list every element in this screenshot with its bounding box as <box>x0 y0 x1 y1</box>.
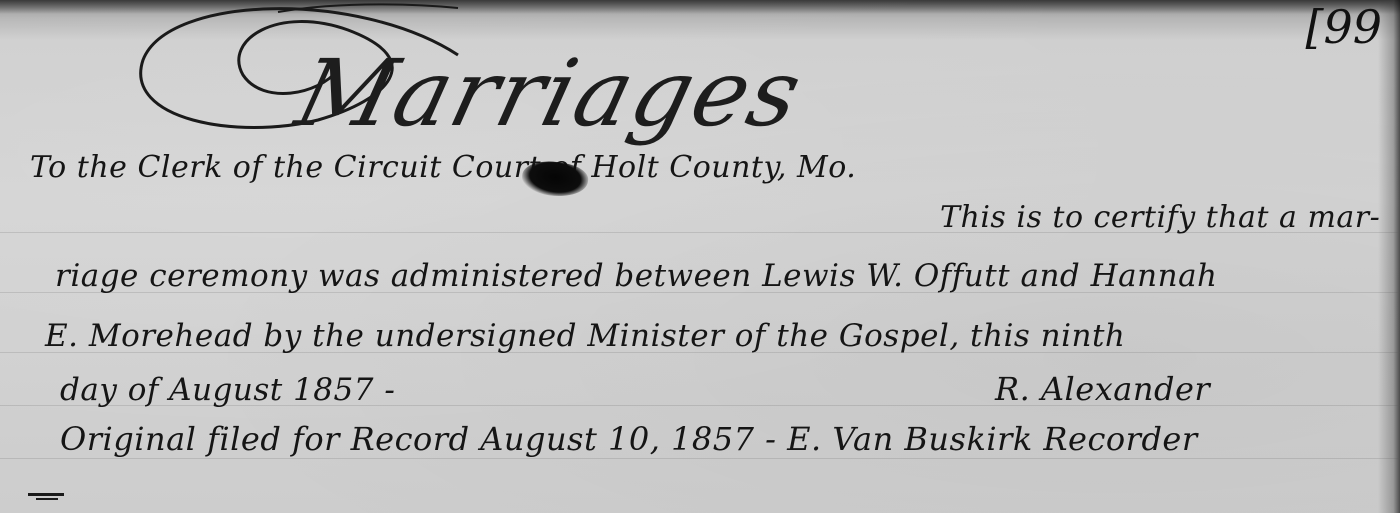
document-page: Marriages [99 To the Clerk of the Circui… <box>0 0 1400 513</box>
body-line-1: riage ceremony was administered between … <box>55 258 1218 294</box>
end-mark <box>28 493 64 496</box>
body-line-3: day of August 1857 - <box>60 372 395 408</box>
page-number-value: 99 <box>1323 0 1382 54</box>
filing-line: Original filed for Record August 10, 185… <box>60 420 1198 458</box>
body-line-2: E. Morehead by the undersigned Minister … <box>45 318 1125 354</box>
end-mark <box>36 498 58 500</box>
ruled-line <box>0 458 1400 459</box>
officiant-signature: R. Alexander <box>995 370 1210 408</box>
page-number: [99 <box>1306 0 1383 54</box>
page-right-shadow <box>1378 0 1400 513</box>
address-line: To the Clerk of the Circuit Court of Hol… <box>30 150 856 185</box>
page-number-bracket: [ <box>1306 0 1324 54</box>
certify-opening-line: This is to certify that a mar- <box>940 200 1380 235</box>
page-title: Marriages <box>287 40 814 147</box>
